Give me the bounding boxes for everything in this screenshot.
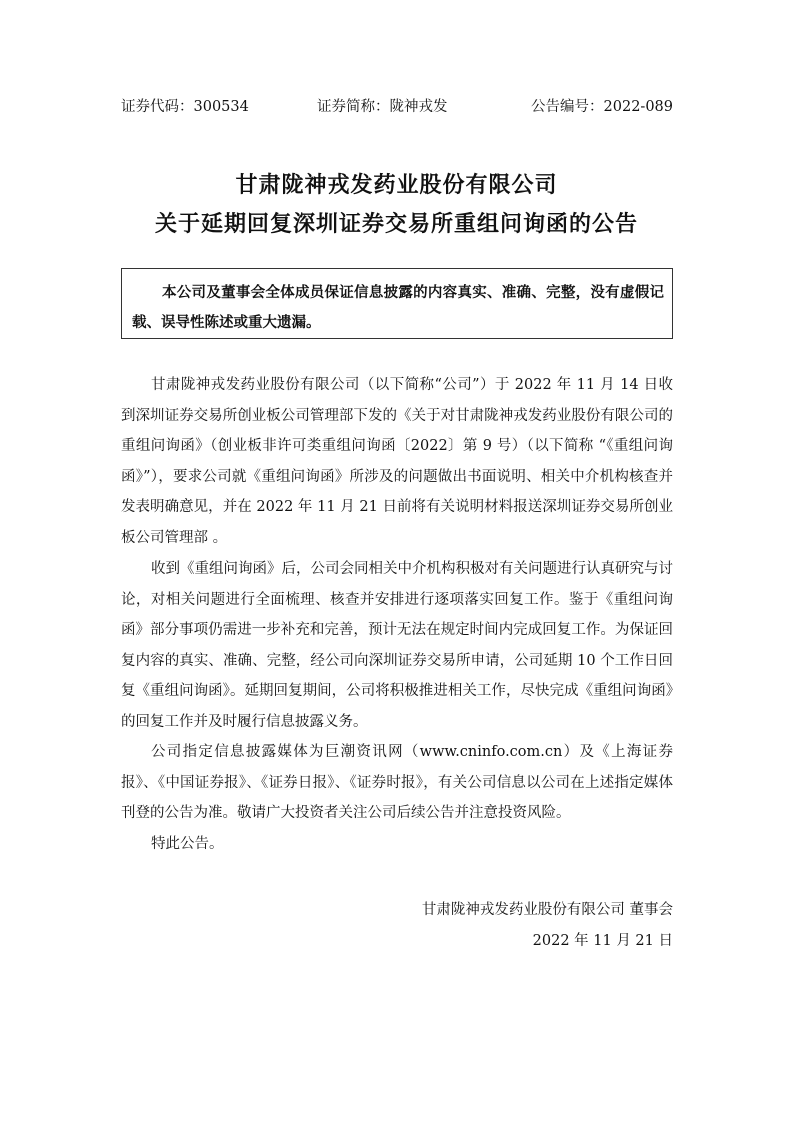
stock-abbreviation: 证券简称：陇神戎发: [317, 96, 448, 118]
title-company-name: 甘肃陇神戎发药业股份有限公司: [0, 168, 793, 199]
document-header: 证券代码：300534 证券简称：陇神戎发 公告编号：2022-089: [121, 96, 673, 118]
stock-code: 证券代码：300534: [121, 96, 249, 118]
paragraph-text: 甘肃陇神戎发药业股份有限公司（以下简称“公司”）于 2022 年 11 月 14…: [121, 370, 673, 553]
body-paragraph-1: 甘肃陇神戎发药业股份有限公司（以下简称“公司”）于 2022 年 11 月 14…: [121, 370, 673, 553]
paragraph-text: 收到《重组问询函》后，公司会同相关中介机构积极对有关问题进行认真研究与讨论，对相…: [121, 554, 673, 737]
title-subject: 关于延期回复深圳证券交易所重组问询函的公告: [0, 207, 793, 238]
disclosure-statement-text: 本公司及董事会全体成员保证信息披露的内容真实、准确、完整，没有虚假记载、误导性陈…: [132, 278, 664, 338]
paragraph-text: 公司指定信息披露媒体为巨潮资讯网（www.cninfo.com.cn）及《上海证…: [121, 737, 673, 829]
announcement-number: 公告编号：2022-089: [531, 96, 673, 118]
disclosure-statement-box: 本公司及董事会全体成员保证信息披露的内容真实、准确、完整，没有虚假记载、误导性陈…: [121, 268, 673, 339]
paragraph-text: 特此公告。: [121, 829, 673, 860]
signature-company: 甘肃陇神戎发药业股份有限公司 董事会: [422, 899, 673, 921]
body-paragraph-3: 公司指定信息披露媒体为巨潮资讯网（www.cninfo.com.cn）及《上海证…: [121, 737, 673, 829]
signature-date: 2022 年 11 月 21 日: [533, 930, 673, 952]
body-paragraph-closing: 特此公告。: [121, 829, 673, 860]
body-paragraph-2: 收到《重组问询函》后，公司会同相关中介机构积极对有关问题进行认真研究与讨论，对相…: [121, 554, 673, 737]
announcement-page: 证券代码：300534 证券简称：陇神戎发 公告编号：2022-089 甘肃陇神…: [0, 0, 793, 1122]
